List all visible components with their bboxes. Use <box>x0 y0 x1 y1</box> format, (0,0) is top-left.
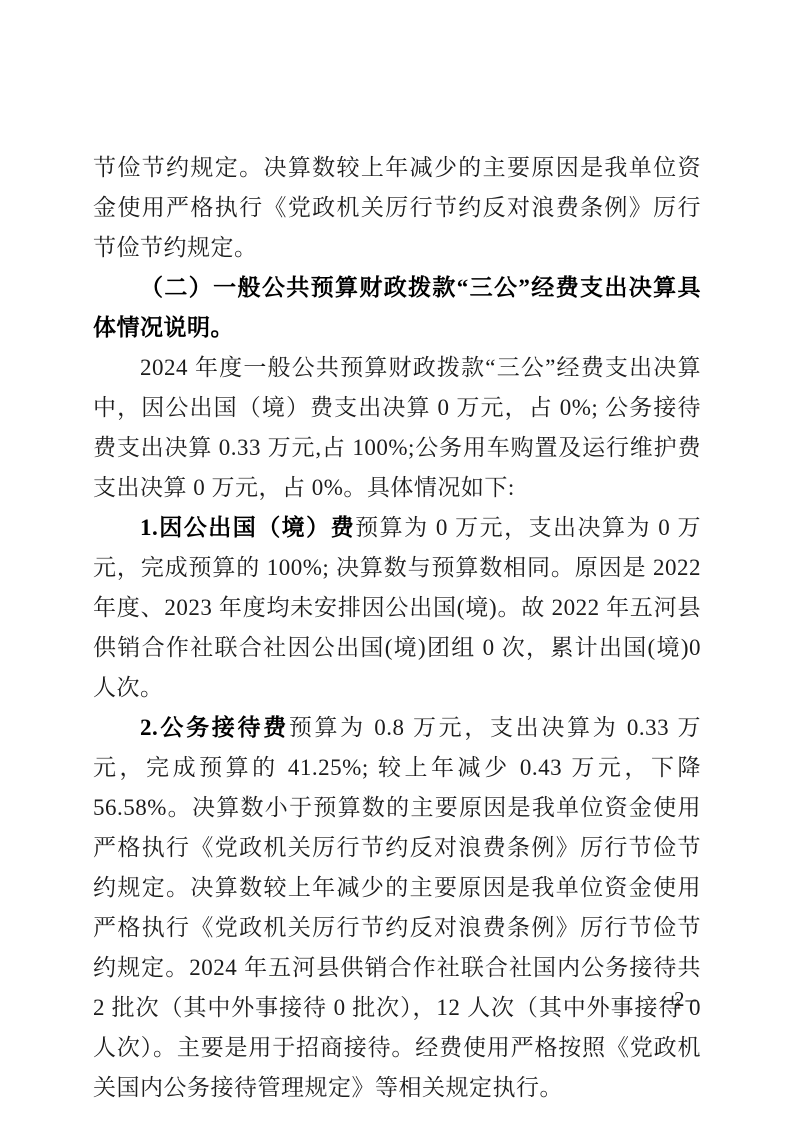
paragraph-text: 预算为 0.8 万元，支出决算为 0.33 万元，完成预算的 41.25%; 较… <box>93 715 701 1100</box>
paragraph-item-1: 1.因公出国（境）费预算为 0 万元，支出决算为 0 万元，完成预算的 100%… <box>93 508 701 708</box>
paragraph-item-2: 2.公务接待费预算为 0.8 万元，支出决算为 0.33 万元，完成预算的 41… <box>93 708 701 1108</box>
section-heading-text: （二）一般公共预算财政拨款“三公”经费支出决算具体情况说明。 <box>93 275 701 340</box>
paragraph-text: 节俭节约规定。决算数较上年减少的主要原因是我单位资金使用严格执行《党政机关厉行节… <box>93 155 701 260</box>
item-2-lead: 2.公务接待费 <box>140 715 289 740</box>
section-heading: （二）一般公共预算财政拨款“三公”经费支出决算具体情况说明。 <box>93 268 701 348</box>
paragraph-overview: 2024 年度一般公共预算财政拨款“三公”经费支出决算中，因公出国（境）费支出决… <box>93 348 701 508</box>
paragraph-text: 预算为 0 万元，支出决算为 0 万元，完成预算的 100%; 决算数与预算数相… <box>93 515 701 700</box>
document-page: 节俭节约规定。决算数较上年减少的主要原因是我单位资金使用严格执行《党政机关厉行节… <box>0 0 793 1122</box>
paragraph-continuation: 节俭节约规定。决算数较上年减少的主要原因是我单位资金使用严格执行《党政机关厉行节… <box>93 148 701 268</box>
page-number: –2– <box>663 985 698 1013</box>
document-body: 节俭节约规定。决算数较上年减少的主要原因是我单位资金使用严格执行《党政机关厉行节… <box>93 148 701 1108</box>
item-1-lead: 1.因公出国（境）费 <box>140 515 355 540</box>
paragraph-text: 2024 年度一般公共预算财政拨款“三公”经费支出决算中，因公出国（境）费支出决… <box>93 355 701 500</box>
